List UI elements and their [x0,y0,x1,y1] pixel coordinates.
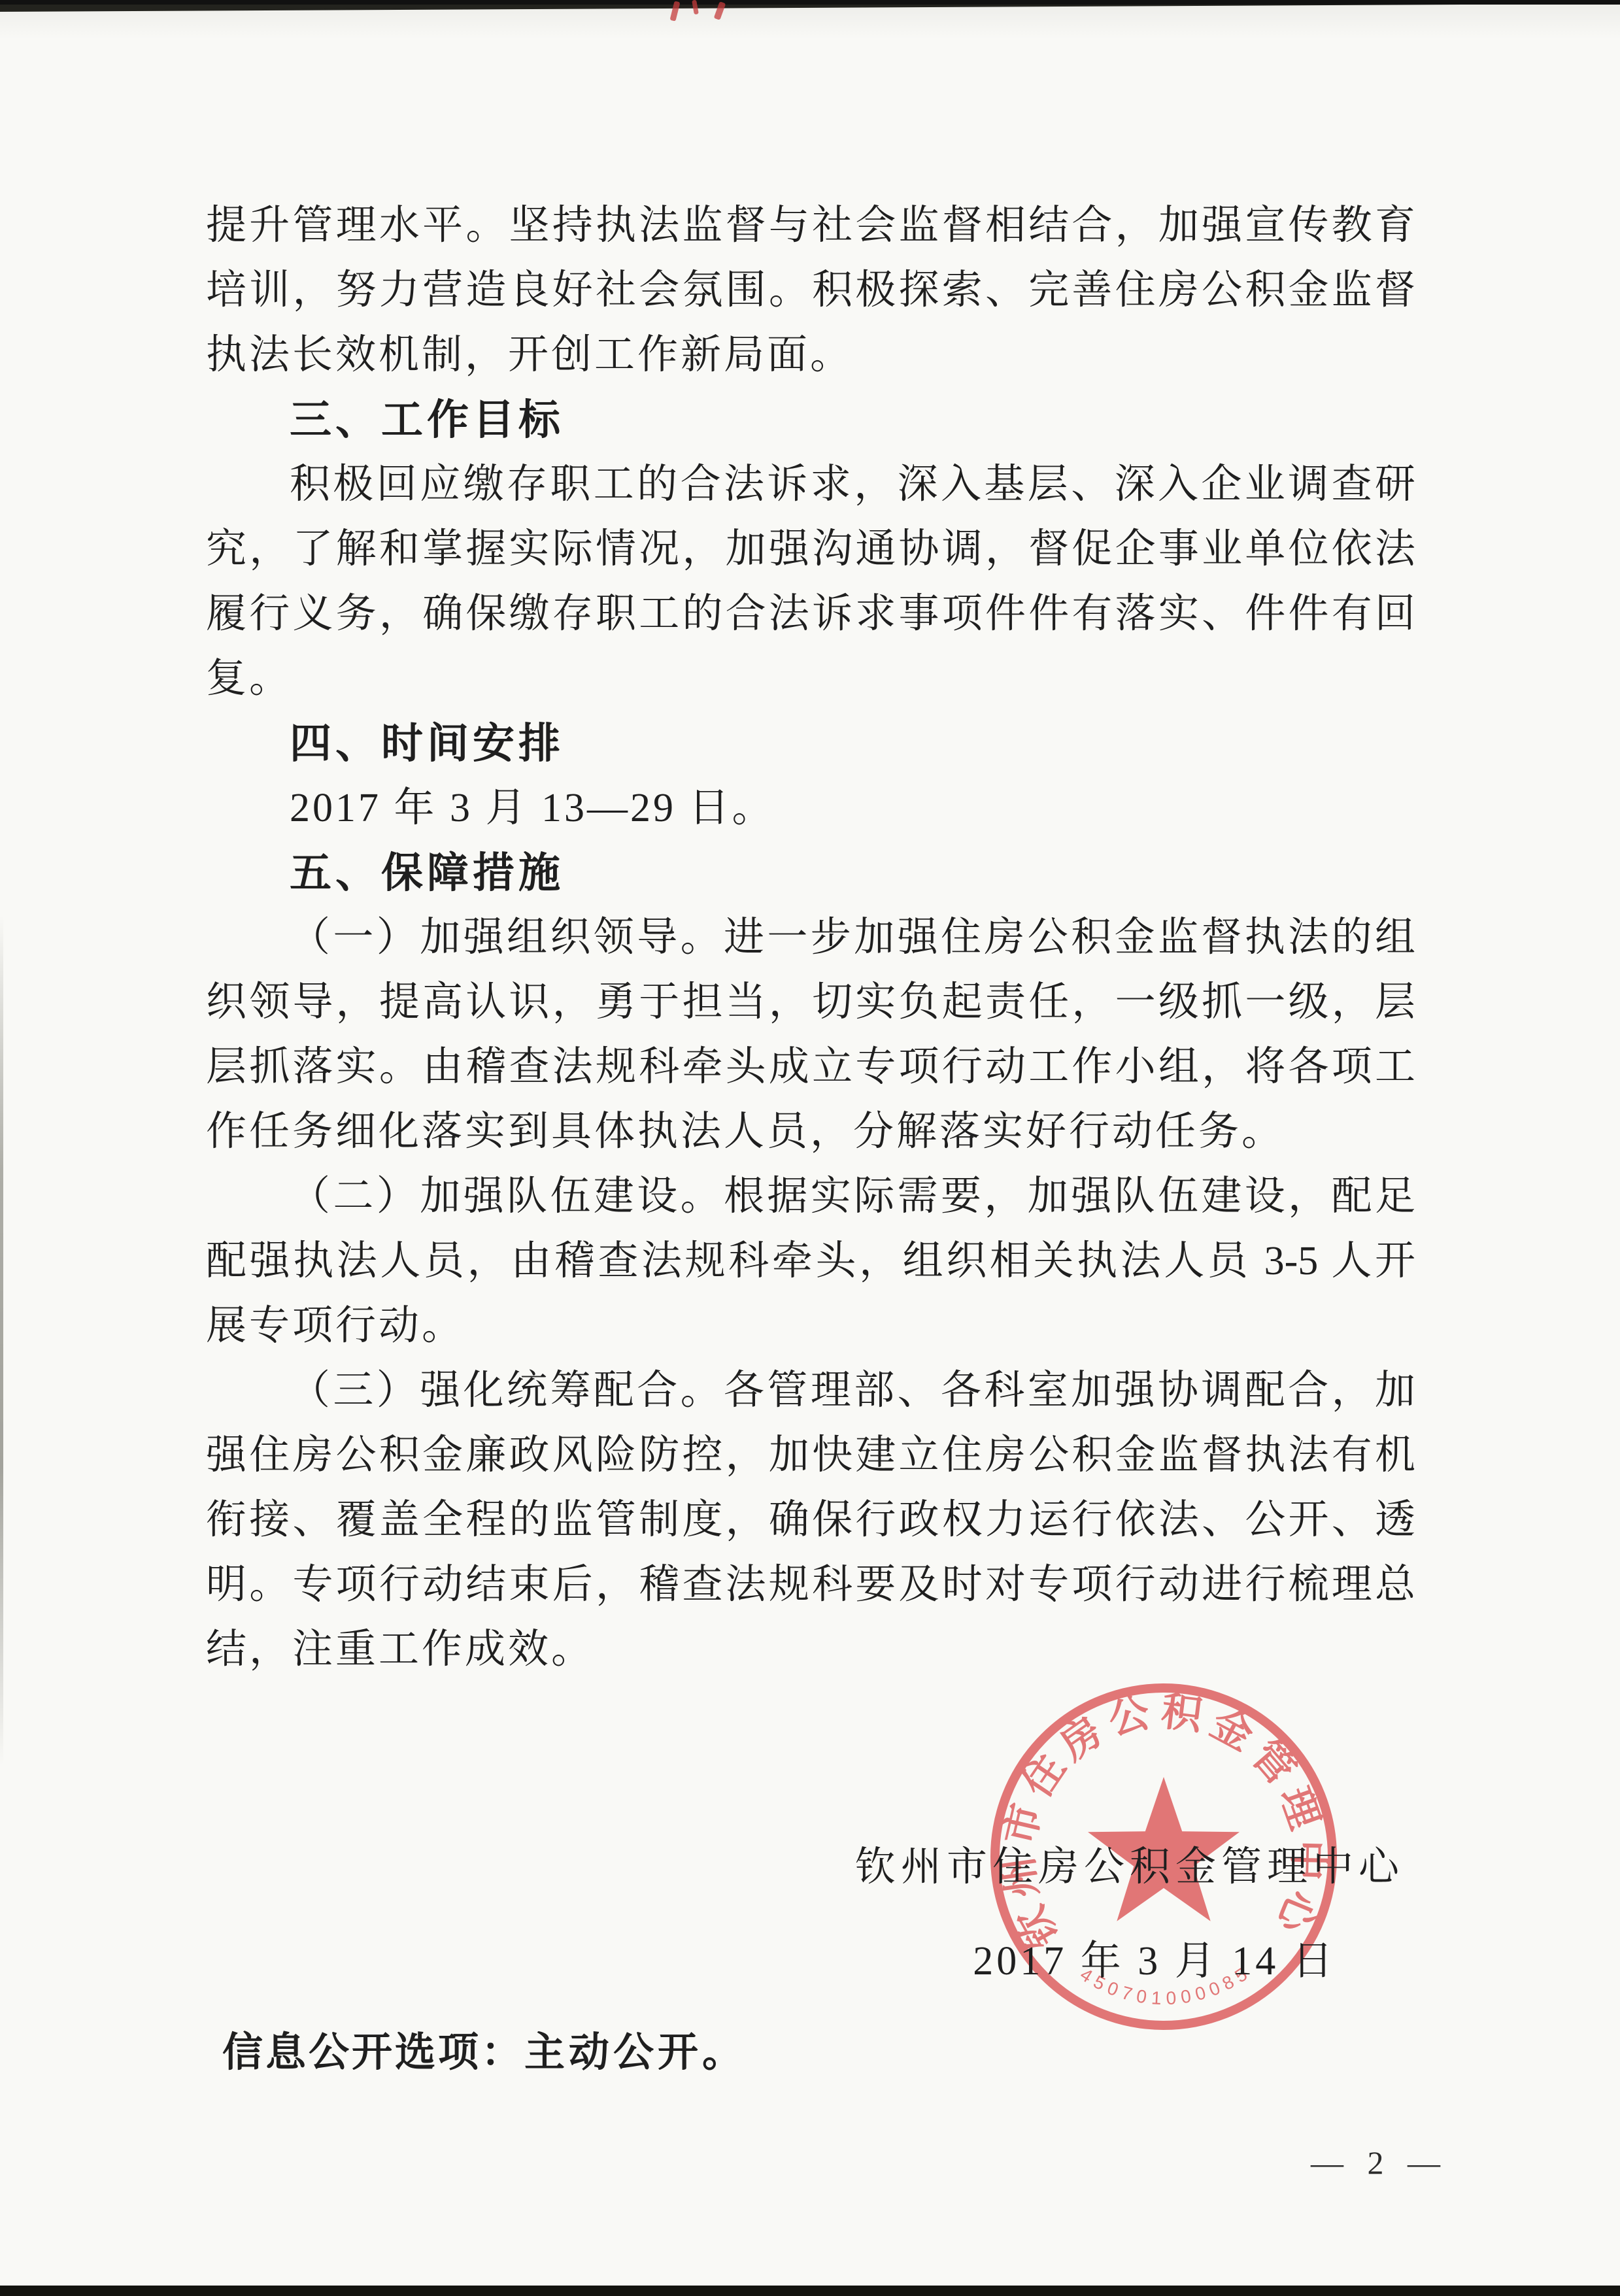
document-page: 提升管理水平。坚持执法监督与社会监督相结合，加强宣传教育培训，努力营造良好社会氛… [0,0,1620,2296]
body-line: 2017 年 3 月 13—29 日。 [206,776,1415,841]
body-line: 提升管理水平。坚持执法监督与社会监督相结合，加强宣传教育 [206,194,1415,258]
body-line: 执法长效机制，开创工作新局面。 [206,323,1415,388]
signature-date: 2017 年 3 月 14 日 [913,1929,1396,1994]
body-line: 履行义务，确保缴存职工的合法诉求事项件件有落实、件件有回 [206,582,1415,647]
body-line: 织领导，提高认识，勇于担当，切实负起责任，一级抓一级，层 [206,970,1415,1035]
body-line: 积极回应缴存职工的合法诉求，深入基层、深入企业调查研 [206,452,1415,517]
body-line: 展专项行动。 [206,1294,1415,1359]
body-line: （三）强化统筹配合。各管理部、各科室加强协调配合，加 [206,1359,1415,1423]
body-line: （二）加强队伍建设。根据实际需要，加强队伍建设，配足 [206,1164,1415,1229]
section-heading: 四、时间安排 [206,711,1415,776]
section-heading: 五、保障措施 [206,841,1415,905]
section-heading: 三、工作目标 [206,388,1415,452]
disclosure-label: 信息公开选项： [222,2030,524,2075]
disclosure-line: 信息公开选项：主动公开。 [222,2020,747,2085]
scanner-edge-bottom [0,2286,1620,2296]
body-line: 明。专项行动结束后，稽查法规科要及时对专项行动进行梳理总 [206,1553,1415,1617]
page-number: — 2 — [1301,2136,1458,2189]
disclosure-value: 主动公开。 [524,2031,747,2075]
document-body: 提升管理水平。坚持执法监督与社会监督相结合，加强宣传教育培训，努力营造良好社会氛… [206,194,1415,1682]
body-line: 衔接、覆盖全程的监管制度，确保行政权力运行依法、公开、透 [206,1488,1415,1553]
body-line: 复。 [206,647,1415,711]
scanner-edge-top-line [0,0,1620,5]
body-line: 配强执法人员，由稽查法规科牵头，组织相关执法人员 3-5 人开 [206,1229,1415,1294]
body-line: 层抓落实。由稽查法规科牵头成立专项行动工作小组，将各项工 [206,1035,1415,1100]
body-line: 究，了解和掌握实际情况，加强沟通协调，督促企事业单位依法 [206,517,1415,582]
body-line: 培训，努力营造良好社会氛围。积极探索、完善住房公积金监督 [206,258,1415,323]
body-line: （一）加强组织领导。进一步加强住房公积金监督执法的组 [206,905,1415,970]
signature-organization: 钦州市住房公积金管理中心 [855,1834,1443,1900]
body-line: 作任务细化落实到具体执法人员，分解落实好行动任务。 [206,1100,1415,1164]
body-line: 强住房公积金廉政风险防控，加快建立住房公积金监督执法有机 [206,1423,1415,1488]
scanner-edge-left [0,915,3,1765]
